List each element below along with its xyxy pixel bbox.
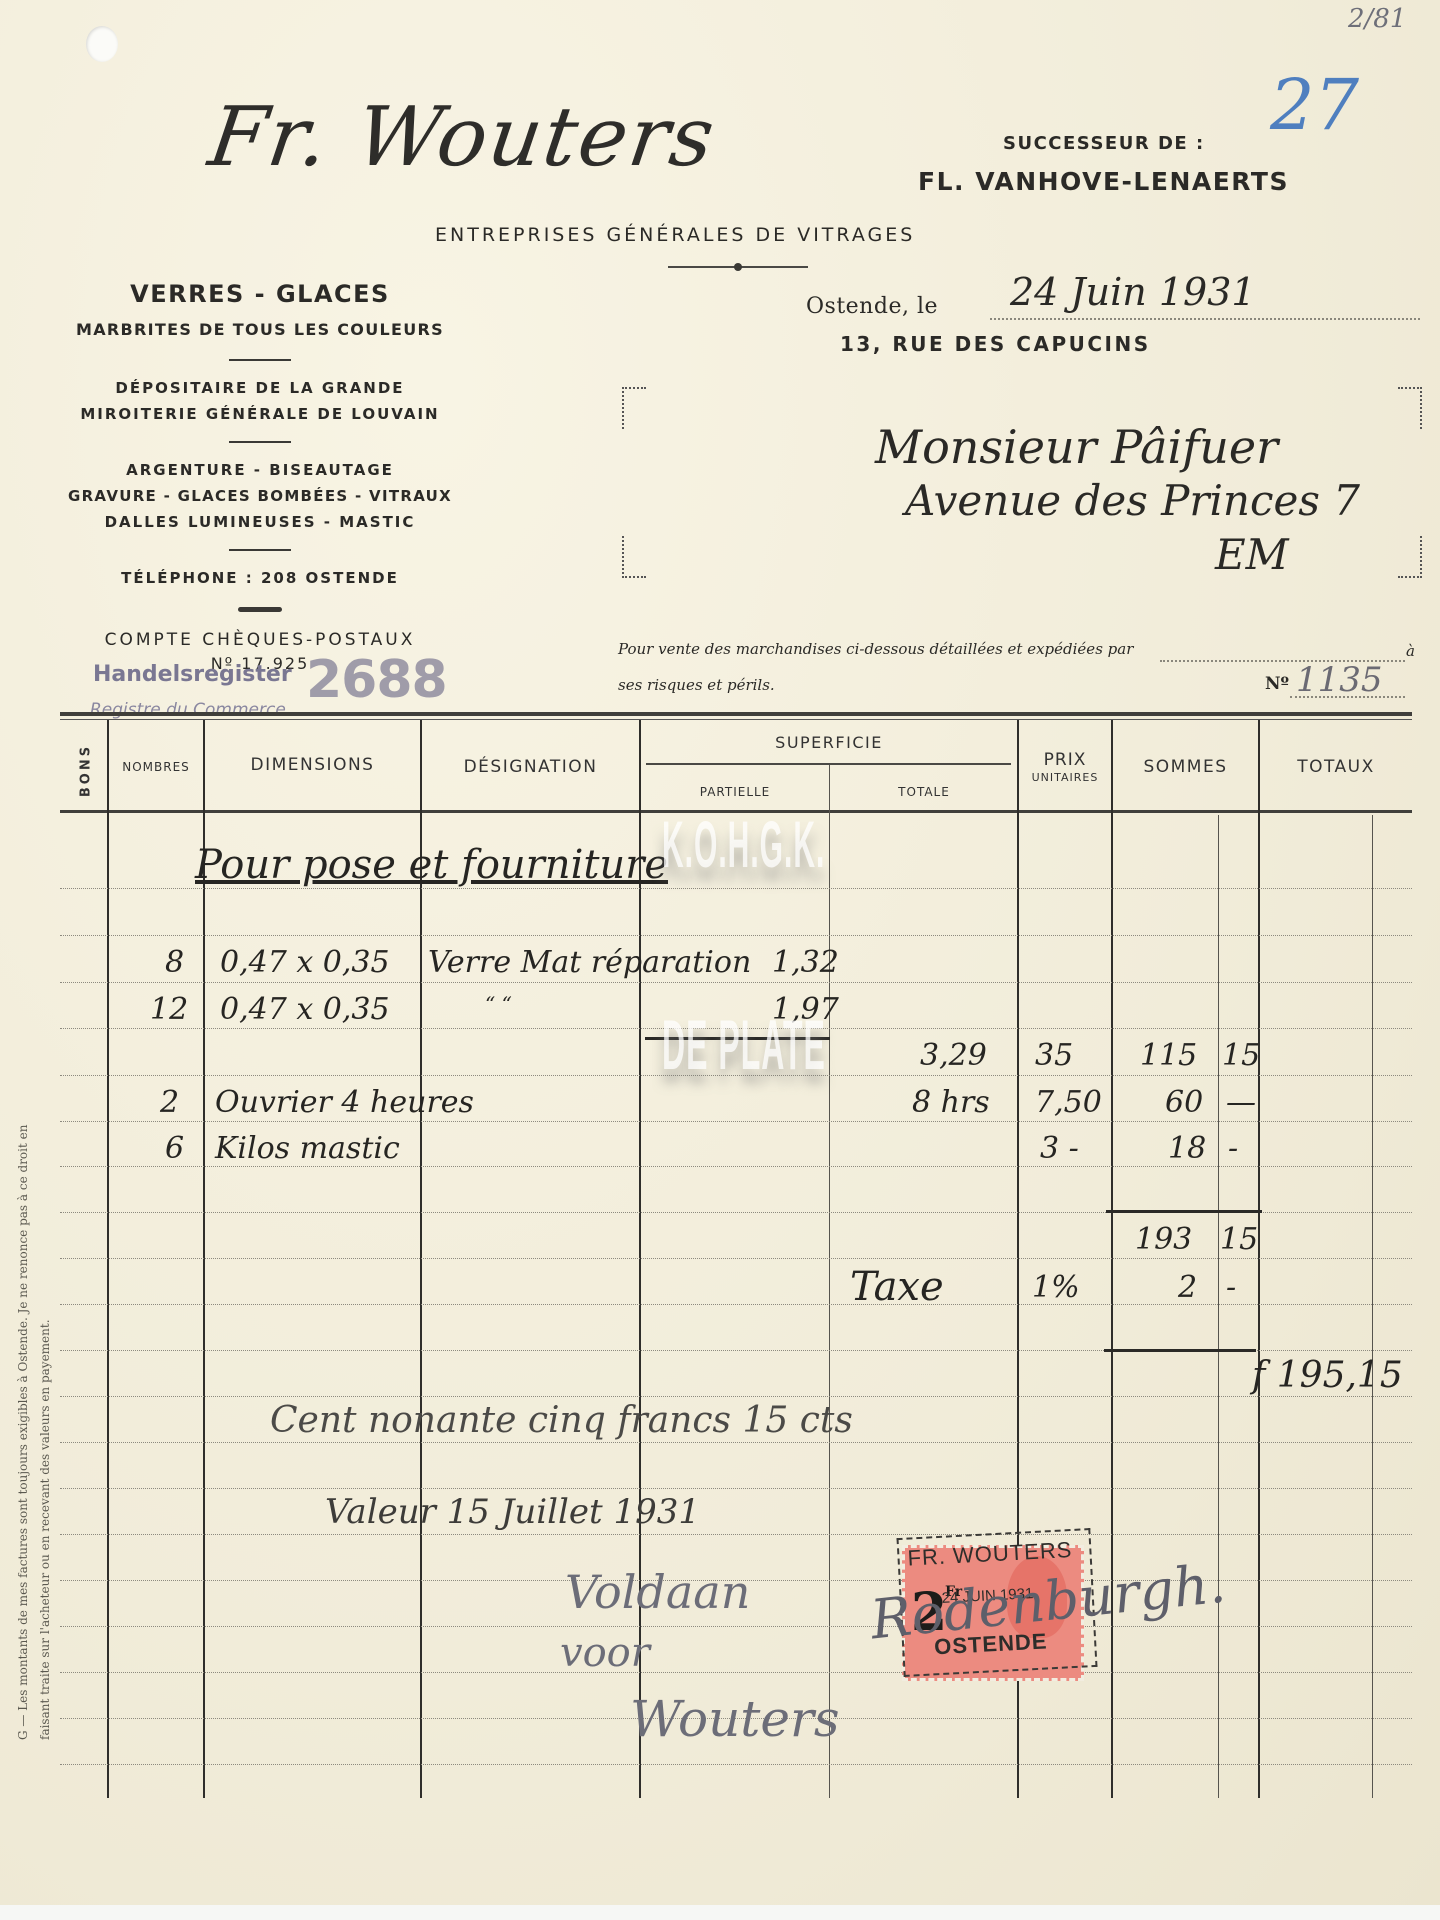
scan-background <box>0 1905 1440 1920</box>
table-top-rule-thin <box>60 719 1412 720</box>
divider <box>229 359 291 361</box>
paid-note-line-1: Voldaan <box>565 1565 750 1619</box>
row-line <box>60 935 1412 937</box>
row-3-sommes-cents: 15 <box>1222 1038 1260 1073</box>
row-4-sommes-cents: — <box>1226 1085 1256 1120</box>
header-totale: TOTALE <box>831 785 1017 799</box>
header-designation: DÉSIGNATION <box>422 757 639 777</box>
row-3-sommes: 115 <box>1140 1038 1197 1073</box>
reference-annotation: 2/81 <box>1348 4 1406 34</box>
successor-label: Successeur de : <box>1003 133 1205 154</box>
blue-number-annotation: 27 <box>1270 64 1359 146</box>
telephone: Téléphone : 208 Ostende <box>40 569 480 587</box>
paid-note-line-2: voor <box>560 1630 650 1676</box>
services-line-3: Dalles lumineuses - Mastic <box>40 513 480 531</box>
company-logo-script: Fr. Wouters <box>203 90 721 185</box>
header-bons: BONS <box>79 741 94 801</box>
recipient-name: Monsieur Pâifuer <box>875 420 1278 474</box>
section-title: Pour pose et fourniture <box>195 842 668 888</box>
row-2-dimensions: 0,47 x 0,35 <box>220 992 390 1027</box>
row-line <box>60 1764 1412 1766</box>
address-frame-corner <box>1398 387 1422 429</box>
tax-sommes-cents: - <box>1226 1270 1236 1305</box>
cents-divider <box>1372 815 1373 1798</box>
amount-in-words: Cent nonante cinq francs 15 cts <box>270 1400 853 1441</box>
row-3-totale: 3,29 <box>920 1038 987 1073</box>
row-line <box>60 1672 1412 1674</box>
ornament-dot <box>734 263 742 271</box>
row-5-prix: 3 - <box>1040 1131 1079 1166</box>
postal-account-label: Compte Chèques-Postaux <box>40 630 480 650</box>
row-2-nombres: 12 <box>150 992 188 1027</box>
row-1-designation: Verre Mat réparation <box>428 945 751 980</box>
products-subheading: Marbrites de tous les couleurs <box>40 320 480 339</box>
date-dotted-line <box>990 318 1420 320</box>
row-5-nombres: 6 <box>165 1131 184 1166</box>
header-nombres: NOMBRES <box>109 760 203 774</box>
sale-terms-line-2: ses risques et périls. <box>618 676 775 694</box>
cancel-stamp-company: FR. WOUTERS <box>907 1537 1073 1572</box>
sale-terms-line-1: Pour vente des marchandises ci-dessous d… <box>618 640 1133 658</box>
services-line-1: Argenture - Biseautage <box>40 461 480 479</box>
tax-label: Taxe <box>850 1264 944 1310</box>
invoice-number-label: Nº <box>1265 674 1289 694</box>
invoice-number: 1135 <box>1296 660 1383 700</box>
divider <box>229 549 291 551</box>
row-line <box>60 1396 1412 1398</box>
header-superficie: SUPERFICIE <box>641 733 1017 752</box>
place-label: Ostende, le <box>806 294 938 319</box>
header-totaux: TOTAUX <box>1260 757 1412 777</box>
depositaire-line-2: Miroiterie Générale de Louvain <box>40 405 480 423</box>
row-line <box>60 1534 1412 1536</box>
ornament-divider <box>238 607 282 612</box>
row-1-nombres: 8 <box>165 945 184 980</box>
total-rule <box>1104 1349 1256 1352</box>
row-4-nombres: 2 <box>160 1085 179 1120</box>
company-address: 13, Rue des Capucins <box>840 332 1151 356</box>
address-frame-corner <box>622 387 646 429</box>
subtotal-sommes: 193 <box>1135 1222 1192 1257</box>
row-3-prix: 35 <box>1035 1038 1073 1073</box>
row-5-dimensions: Kilos mastic <box>215 1131 400 1166</box>
margin-note-line-2: faisant traite sur l'acheteur ou en rece… <box>34 1125 56 1740</box>
depositaire-line-1: Dépositaire de la grande <box>40 379 480 397</box>
register-stamp-sublabel: Registre du Commerce <box>90 700 286 720</box>
services-line-2: Gravure - Glaces bombées - Vitraux <box>40 487 480 505</box>
row-1-dimensions: 0,47 x 0,35 <box>220 945 390 980</box>
header-partielle: PARTIELLE <box>641 785 829 799</box>
subtotal-rule <box>1106 1210 1262 1213</box>
row-line <box>60 1166 1412 1168</box>
products-heading: Verres - Glaces <box>40 280 480 308</box>
row-line <box>60 1304 1412 1306</box>
margin-legal-note: G — Les montants de mes factures sont to… <box>12 1125 56 1740</box>
watermark-koh: K.O.H.G.K. <box>662 810 825 885</box>
superficie-subrule <box>646 763 1011 765</box>
row-5-sommes: 18 <box>1168 1131 1206 1166</box>
grand-total: f 195,15 <box>1252 1355 1403 1396</box>
row-line <box>60 1121 1412 1123</box>
margin-note-line-1: G — Les montants de mes factures sont to… <box>12 1125 34 1740</box>
row-4-prix: 7,50 <box>1035 1085 1102 1120</box>
row-2-designation-ditto: “ “ <box>485 992 512 1016</box>
tax-sommes: 2 <box>1178 1270 1197 1305</box>
row-line <box>60 1488 1412 1490</box>
row-line <box>60 888 1412 890</box>
row-5-sommes-cents: - <box>1228 1131 1238 1166</box>
row-line <box>60 1258 1412 1260</box>
address-frame-corner <box>622 536 646 578</box>
sale-terms-a: à <box>1406 642 1415 660</box>
header-dimensions: DIMENSIONS <box>205 755 420 775</box>
row-4-dimensions: Ouvrier 4 heures <box>215 1085 474 1120</box>
row-line <box>60 1442 1412 1444</box>
row-1-partielle: 1,32 <box>772 945 839 980</box>
row-line <box>60 1626 1412 1628</box>
register-stamp-label: Handelsregister <box>93 662 292 687</box>
successor-name: Fl. Vanhove-Lenaerts <box>918 167 1289 196</box>
column-divider <box>829 765 830 1798</box>
header-prix: PRIX <box>1019 750 1111 770</box>
recipient-street: Avenue des Princes 7 <box>905 476 1360 525</box>
invoice-date: 24 Juin 1931 <box>1010 270 1256 314</box>
company-tagline: Entreprises Générales de Vitrages <box>435 224 915 246</box>
subtotal-sommes-cents: 15 <box>1220 1222 1258 1257</box>
address-frame-corner <box>1398 536 1422 578</box>
tax-rate: 1% <box>1032 1270 1080 1305</box>
row-4-sommes: 60 <box>1165 1085 1203 1120</box>
cents-divider <box>1218 815 1219 1798</box>
watermark-de-plate: DE PLATE <box>662 1005 826 1086</box>
header-sommes: SOMMES <box>1113 757 1258 777</box>
divider <box>229 441 291 443</box>
header-unitaires: UNITAIRES <box>1019 771 1111 784</box>
punch-hole <box>86 26 118 62</box>
register-stamp-number: 2688 <box>306 650 447 710</box>
paid-note-line-3: Wouters <box>630 1690 840 1748</box>
recipient-city: EM <box>1215 530 1289 579</box>
table-top-rule <box>60 712 1412 716</box>
payment-date: Valeur 15 Juillet 1931 <box>325 1492 700 1532</box>
row-4-totale: 8 hrs <box>912 1085 990 1120</box>
row-line <box>60 982 1412 984</box>
